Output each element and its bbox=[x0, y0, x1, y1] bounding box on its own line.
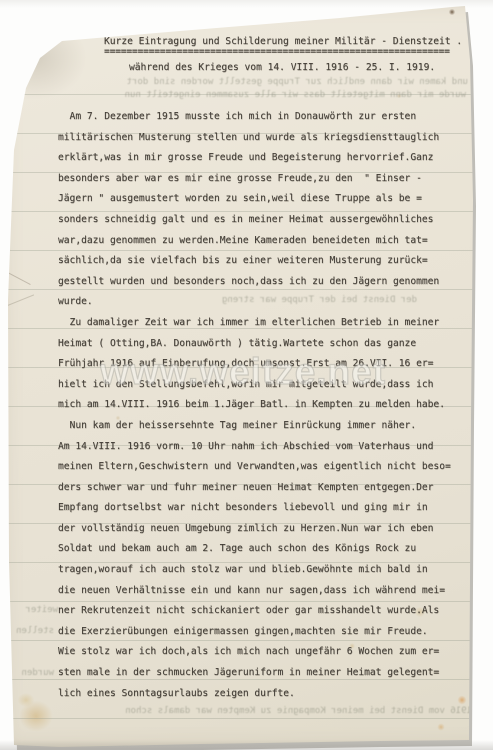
typed-line: erklärt,was in mir grosse Freude und Beg… bbox=[58, 148, 473, 169]
typed-line: besonders aber war es mir eine grosse Fr… bbox=[58, 169, 473, 190]
typed-line: Jägern " ausgemustert worden zu sein,wei… bbox=[58, 189, 473, 210]
typed-line: tragen,worauf ich auch stolz war und bli… bbox=[58, 560, 473, 581]
typed-text-layer: Kurze Eintragung und Schilderung meiner … bbox=[0, 0, 493, 750]
typed-line: Am 7. Dezember 1915 musste ich mich in D… bbox=[58, 107, 473, 128]
title-underline: ========================================… bbox=[104, 46, 450, 57]
typed-line: gestellt wurden und besonders noch,dass … bbox=[58, 272, 473, 293]
typed-line: meinen Eltern,Geschwistern und Verwandte… bbox=[58, 457, 473, 478]
typed-line: militärischen Musterung stellen und wurd… bbox=[58, 128, 473, 149]
document-subtitle: während des Krieges vom 14. VIII. 1916 -… bbox=[129, 62, 435, 73]
typed-line: war,dazu genommen zu werden.Meine Kamera… bbox=[58, 231, 473, 252]
typed-line: sonders schneidig galt und es in meiner … bbox=[58, 210, 473, 231]
typed-line: sächlich,da sie vielfach bis zu einer we… bbox=[58, 251, 473, 272]
typed-line: Soldat und bekam auch am 2. Tage auch sc… bbox=[58, 539, 473, 560]
typed-line: Wie stolz war ich doch,als ich mich nach… bbox=[58, 642, 473, 663]
typed-line: der vollständig neuen Umgebung zimlich z… bbox=[58, 519, 473, 540]
typed-line: lich eines Sonntagsurlaubs zeigen durfte… bbox=[58, 684, 473, 705]
typed-line: mich am 14.VIII. 1916 beim 1.Jäger Batl.… bbox=[58, 395, 473, 416]
typed-line: die Exerzierübungen einigermassen gingen… bbox=[58, 622, 473, 643]
typed-line: Empfang dortselbst war nicht besonders l… bbox=[58, 498, 473, 519]
typed-line: Zu damaliger Zeit war ich immer im elter… bbox=[58, 313, 473, 334]
document-body: Am 7. Dezember 1915 musste ich mich in D… bbox=[58, 107, 473, 704]
typed-line: hielt ich den Stellungsbefehl,worin mir … bbox=[58, 375, 473, 396]
typed-line: Heimat ( Otting,BA. Donauwörth ) tätig.W… bbox=[58, 334, 473, 355]
document-photo: und kamen wir dann endlich zur Truppe ge… bbox=[0, 0, 493, 750]
typed-line: Frühjahr 1916 auf Einberufung,doch umson… bbox=[58, 354, 473, 375]
typed-line: wurde. bbox=[58, 292, 473, 313]
typed-line: ner Rekrutenzeit nicht schickaniert oder… bbox=[58, 601, 473, 622]
typed-line: Nun kam der heissersehnte Tag meiner Ein… bbox=[58, 416, 473, 437]
typed-line: sten male in der schmucken Jägeruniform … bbox=[58, 663, 473, 684]
paper-sheet: und kamen wir dann endlich zur Truppe ge… bbox=[0, 0, 493, 750]
typed-line: Am 14.VIII. 1916 vorm. 10 Uhr nahm ich A… bbox=[58, 437, 473, 458]
typed-line: ders schwer war und fuhr meiner neuen He… bbox=[58, 478, 473, 499]
typed-line: die neuen Verhältnisse ein und kann nur … bbox=[58, 581, 473, 602]
